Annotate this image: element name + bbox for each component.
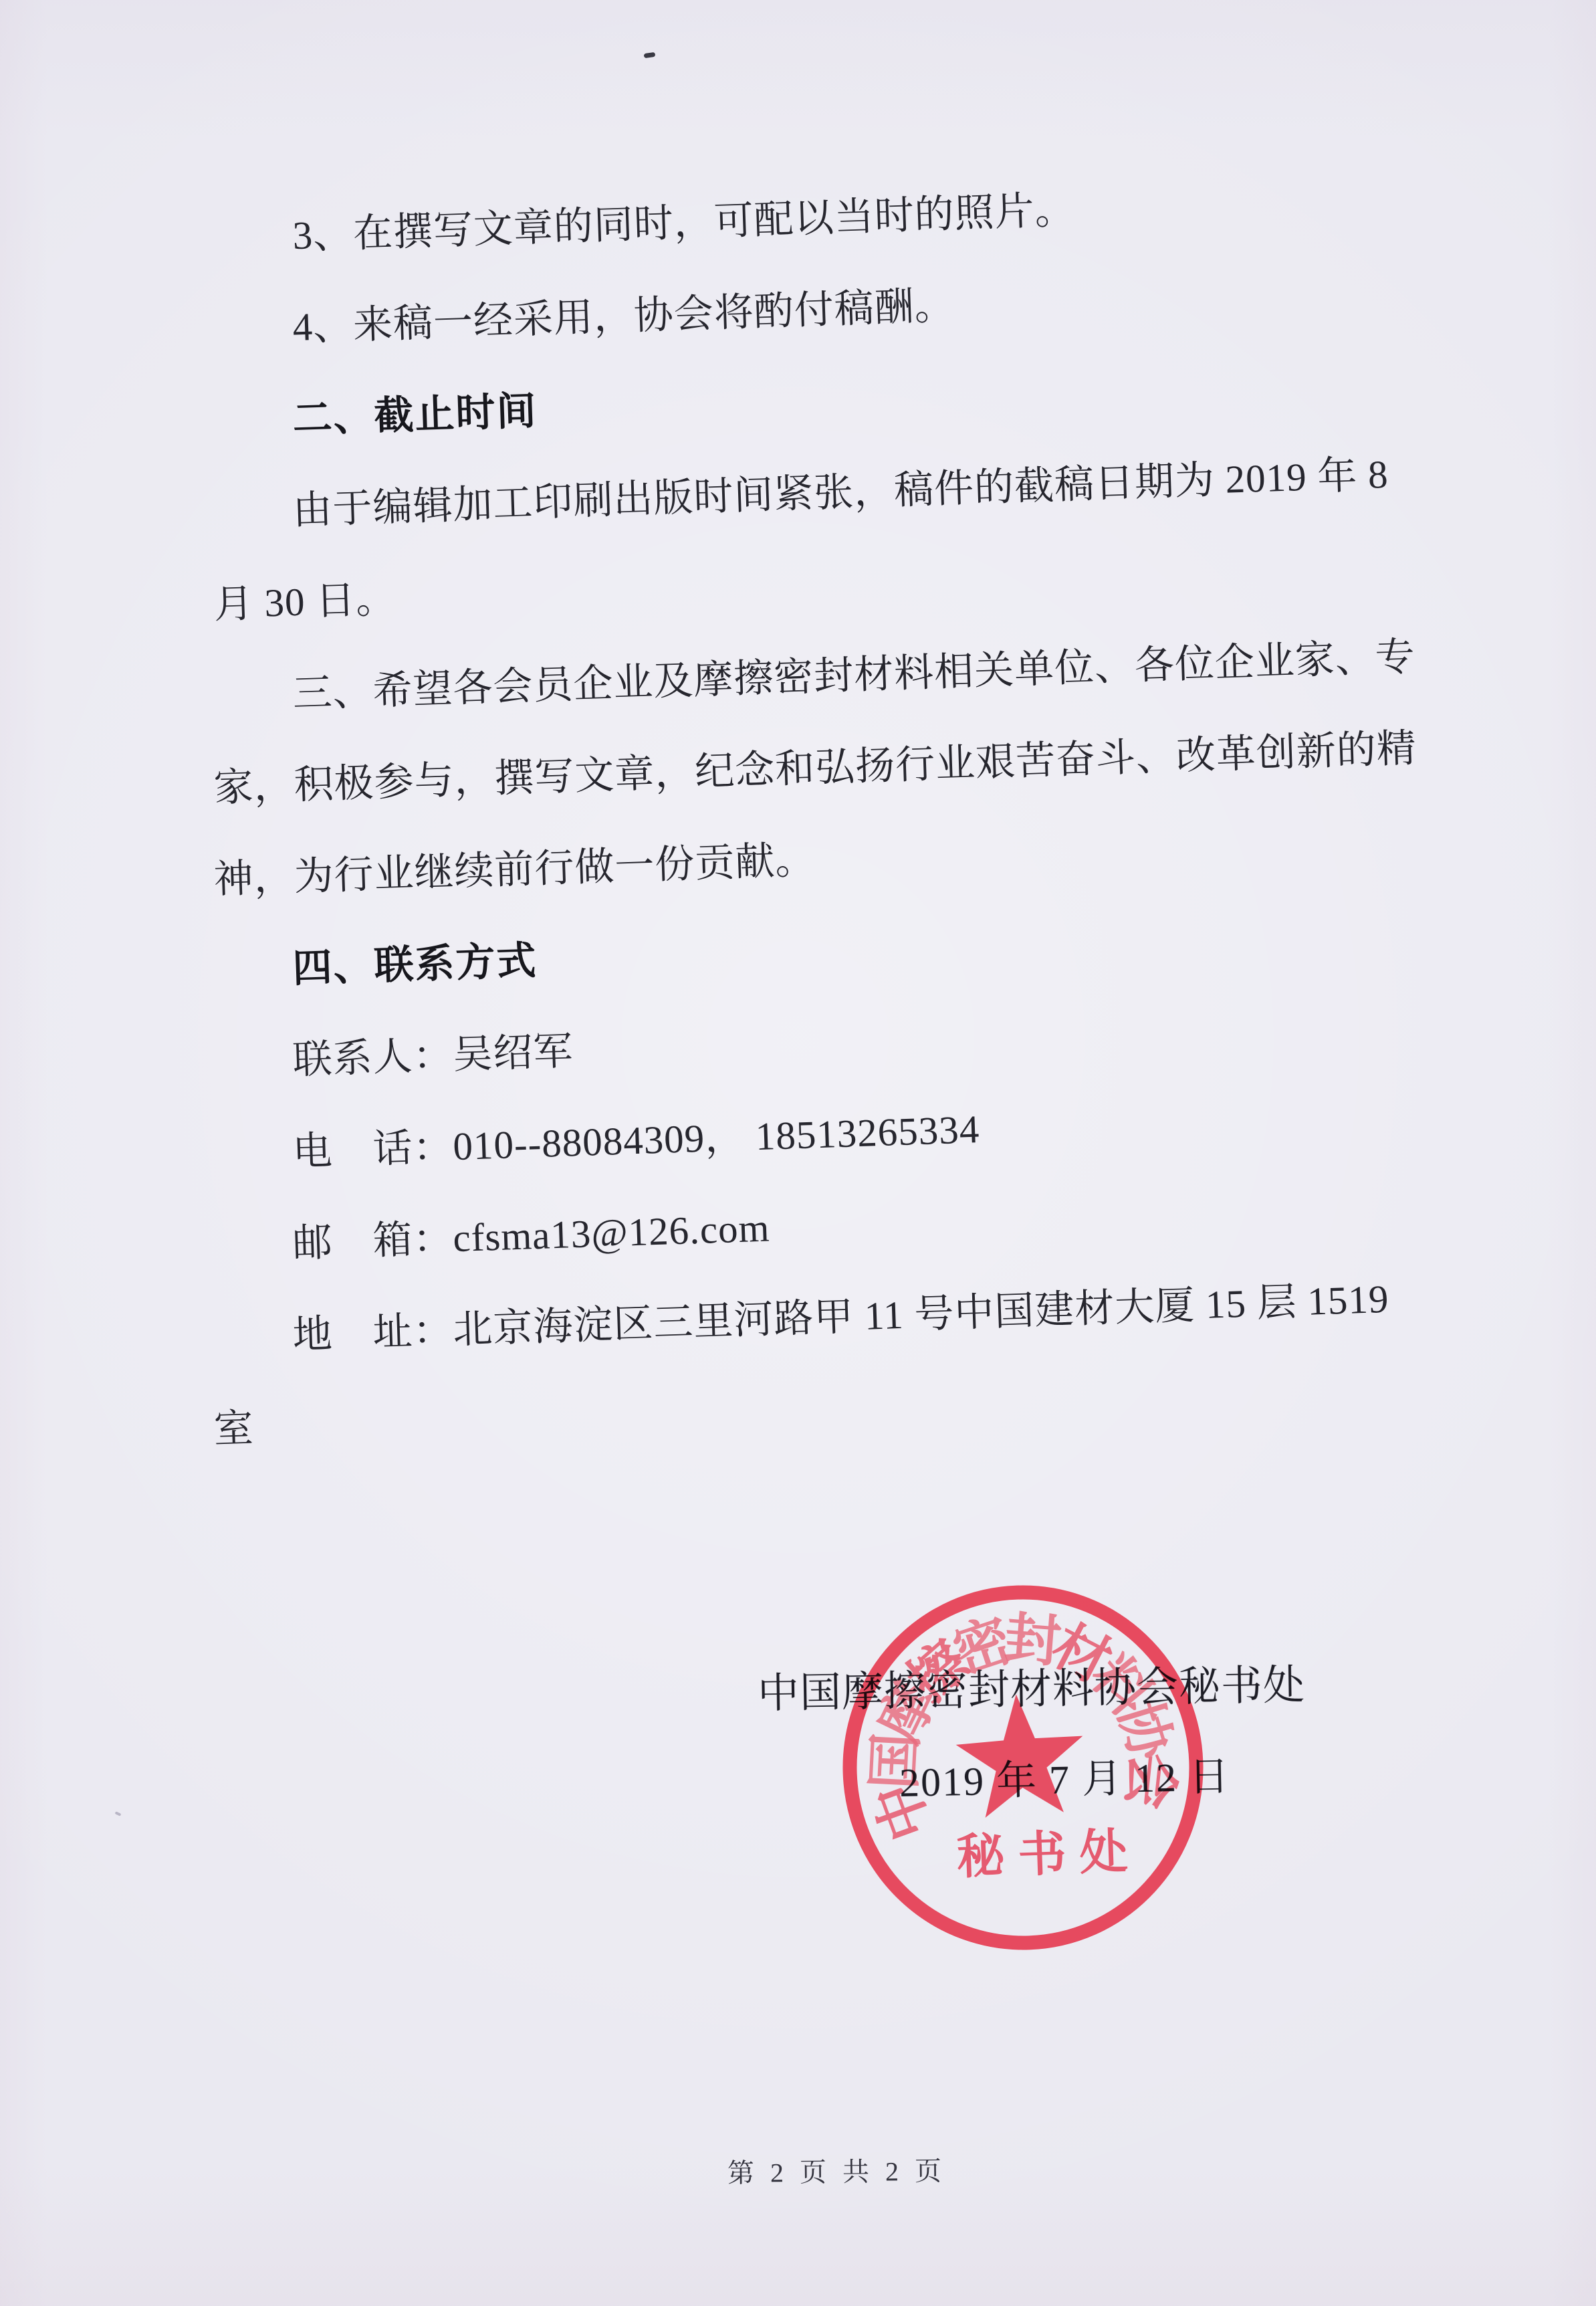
stamp-bottom-text: 秘书处	[955, 1824, 1142, 1885]
signature-date: 2019 年 7 月 12 日	[899, 1745, 1231, 1808]
scan-artifact	[644, 52, 656, 58]
document-body: 3、在撰写文章的同时，可配以当时的照片。4、来稿一经采用，协会将酌付稿酬。二、截…	[214, 198, 1444, 1481]
scan-artifact	[115, 1811, 122, 1816]
page-number-indicator: 第 2 页 共 2 页	[727, 2150, 947, 2190]
signature-org: 中国摩擦密封材料协会秘书处	[757, 1651, 1305, 1719]
scanned-document-page: { "page": { "paper_color": "#eae9f1", "t…	[0, 0, 1596, 2306]
